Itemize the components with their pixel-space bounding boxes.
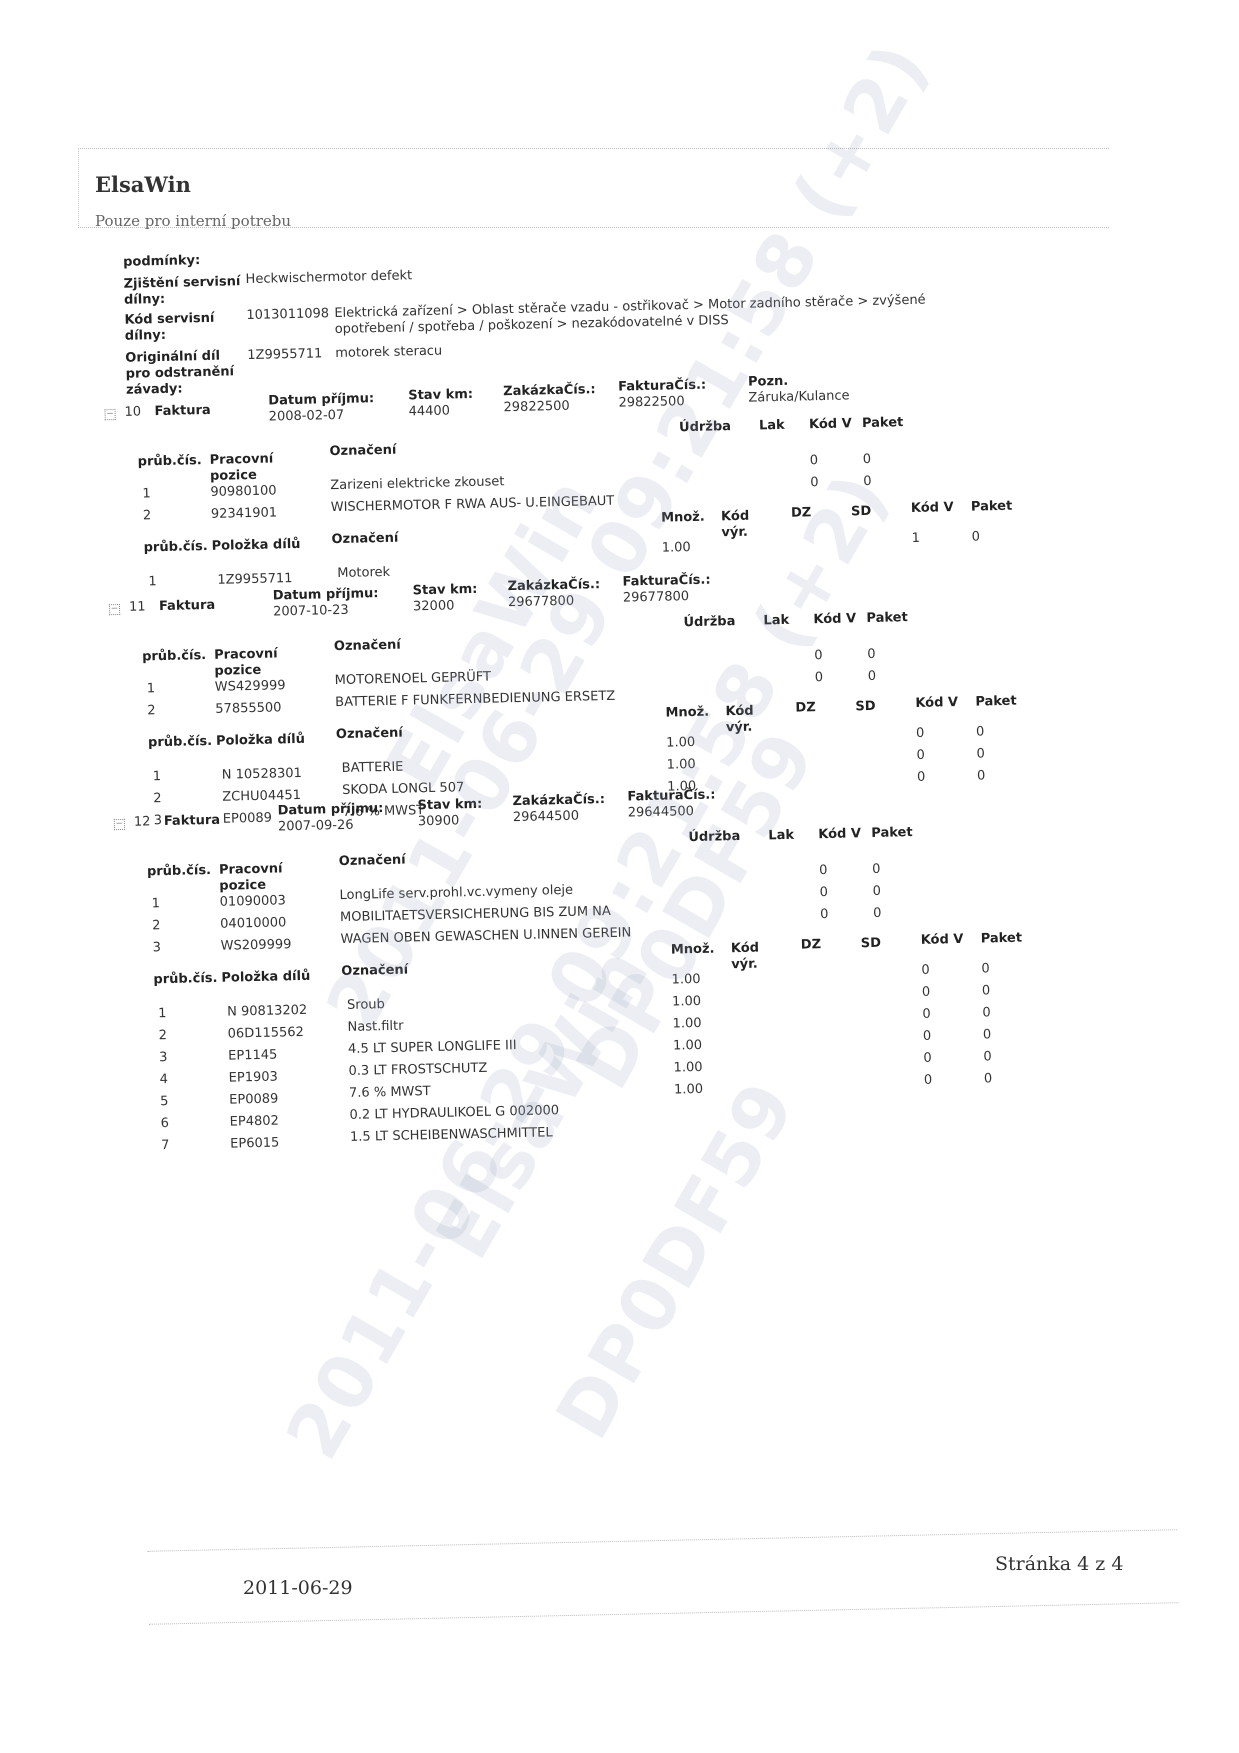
part-item-header: Položka dílů xyxy=(221,969,310,987)
conditions-label: podmínky: xyxy=(123,253,200,271)
part-number: 1Z9955711 xyxy=(247,346,322,364)
part-seq: 1 xyxy=(148,574,157,590)
date-label: Datum příjmu: xyxy=(273,586,379,604)
sd-header: SD xyxy=(855,699,876,715)
dz-header: DZ xyxy=(791,505,812,521)
part-item-header: Položka dílů xyxy=(211,537,300,555)
part-seq: 3 xyxy=(154,813,163,829)
code-v-header: Kód V xyxy=(809,416,852,433)
part-code-v: 0 xyxy=(922,985,931,1001)
part-item: N 90813202 xyxy=(227,1003,307,1021)
code-v-header: Kód V xyxy=(813,611,856,628)
invoice-label: Faktura xyxy=(159,598,216,615)
work-seq: 2 xyxy=(143,508,152,524)
parts-package-header: Paket xyxy=(971,499,1013,516)
part-desc: 0.3 LT FROSTSCHUTZ xyxy=(348,1061,487,1080)
part-qty: 1.00 xyxy=(673,1038,702,1055)
part-desc: Nast.filtr xyxy=(347,1019,403,1036)
part-package: 0 xyxy=(983,1027,992,1043)
designation-header: Označení xyxy=(341,963,408,981)
package-header: Paket xyxy=(862,415,904,432)
designation-header: Označení xyxy=(331,531,398,549)
part-item: 1Z9955711 xyxy=(217,571,292,589)
work-pos: 92341901 xyxy=(211,505,278,522)
invoice-no: 29822500 xyxy=(618,394,685,411)
invoice-date: 2007-09-26 xyxy=(278,818,354,836)
dz-header: DZ xyxy=(801,937,822,953)
part-code-v: 1 xyxy=(911,531,920,547)
part-item: EP1145 xyxy=(228,1048,277,1065)
designation-header: Označení xyxy=(329,443,396,461)
part-package: 0 xyxy=(981,961,990,977)
part-seq: 1 xyxy=(158,1006,167,1022)
designation-header: Označení xyxy=(336,726,403,744)
work-package: 0 xyxy=(868,669,877,685)
km-label: Stav km: xyxy=(417,797,482,814)
maintenance-header: Údržba xyxy=(683,614,735,631)
work-code-v: 0 xyxy=(810,453,819,469)
part-package: 0 xyxy=(976,746,985,762)
order-no-label: ZakázkaČís.: xyxy=(507,577,600,595)
work-code-v: 0 xyxy=(819,863,828,879)
part-qty: 1.00 xyxy=(672,1016,701,1033)
invoice-km: 30900 xyxy=(418,813,460,830)
invoice-no-label: FakturaČís.: xyxy=(627,788,715,806)
part-seq: 2 xyxy=(153,791,162,807)
note-label: Pozn. xyxy=(748,374,789,391)
date-label: Datum příjmu: xyxy=(268,391,374,409)
code-label: Kód servisní dílny: xyxy=(124,310,235,344)
work-pos-header: Pracovní pozice xyxy=(219,861,310,895)
sd-header: SD xyxy=(861,936,882,952)
paint-header: Lak xyxy=(768,828,794,845)
part-label: Originální díl pro odstranění závady: xyxy=(125,348,246,399)
part-desc: BATTERIE xyxy=(342,760,404,777)
order-no: 29677800 xyxy=(508,594,575,611)
seq-header: průb.čís. xyxy=(138,453,202,470)
part-seq: 7 xyxy=(161,1138,170,1154)
work-desc: LongLife serv.prohl.vc.vymeny oleje xyxy=(339,883,573,904)
invoice-index: 10 xyxy=(124,404,141,420)
work-package: 0 xyxy=(867,647,876,663)
part-code-v: 0 xyxy=(923,1051,932,1067)
qty-header: Množ. xyxy=(661,510,705,527)
maintenance-header: Údržba xyxy=(679,419,731,436)
part-desc: 7.6 % MWST xyxy=(349,1084,431,1102)
work-pos: WS209999 xyxy=(221,937,292,955)
invoice-index: 12 xyxy=(134,814,151,830)
part-package: 0 xyxy=(982,1005,991,1021)
paint-header: Lak xyxy=(763,613,789,630)
seq-header: průb.čís. xyxy=(148,734,212,751)
part-qty: 1.00 xyxy=(662,540,691,557)
order-no: 29644500 xyxy=(513,809,580,826)
km-label: Stav km: xyxy=(413,582,478,599)
parts-package-header: Paket xyxy=(981,931,1023,948)
designation-header: Označení xyxy=(334,638,401,656)
part-code-v: 0 xyxy=(921,963,930,979)
part-item: EP4802 xyxy=(230,1114,279,1131)
work-seq: 2 xyxy=(152,918,161,934)
work-pos: 01090003 xyxy=(220,893,287,910)
work-seq: 3 xyxy=(153,940,162,956)
work-package: 0 xyxy=(863,452,872,468)
work-seq: 1 xyxy=(142,486,151,502)
invoice-date: 2008-02-07 xyxy=(269,408,345,426)
part-qty: 1.00 xyxy=(672,994,701,1011)
part-qty: 1.00 xyxy=(671,972,700,989)
mfr-code-header: Kód výr. xyxy=(731,940,772,973)
part-desc: Sroub xyxy=(347,997,385,1014)
work-pos: WS429999 xyxy=(215,678,286,696)
order-no-label: ZakázkaČís.: xyxy=(512,792,605,810)
qty-header: Množ. xyxy=(671,942,715,959)
footer-date: 2011-06-29 xyxy=(243,1577,353,1599)
part-seq: 1 xyxy=(153,769,162,785)
invoice-no-label: FakturaČís.: xyxy=(622,573,710,591)
part-package: 0 xyxy=(982,983,991,999)
work-desc: MOBILITAETSVERSICHERUNG BIS ZUM NA xyxy=(340,904,611,926)
seq-header: průb.čís. xyxy=(147,863,211,880)
work-package: 0 xyxy=(872,862,881,878)
part-qty: 1.00 xyxy=(667,757,696,774)
work-seq: 2 xyxy=(147,703,156,719)
package-header: Paket xyxy=(871,825,913,842)
invoice-label: Faktura xyxy=(154,403,211,420)
work-code-v: 0 xyxy=(820,907,829,923)
invoice-date: 2007-10-23 xyxy=(273,603,349,621)
work-package: 0 xyxy=(873,906,882,922)
order-no: 29822500 xyxy=(503,399,570,416)
seq-header: průb.čís. xyxy=(142,648,206,665)
collapse-toggle-icon[interactable]: − xyxy=(109,604,120,615)
work-seq: 1 xyxy=(152,896,161,912)
app-title: ElsaWin xyxy=(95,172,191,197)
work-code-v: 0 xyxy=(819,885,828,901)
invoice-label: Faktura xyxy=(164,813,221,830)
part-item: EP6015 xyxy=(230,1136,279,1153)
parts-code-v-header: Kód V xyxy=(915,695,958,712)
mfr-code-header: Kód výr. xyxy=(725,703,766,736)
seq-header: průb.čís. xyxy=(143,539,207,556)
work-code-v: 0 xyxy=(815,670,824,686)
invoice-index: 11 xyxy=(129,599,146,615)
part-item: N 10528301 xyxy=(222,766,302,784)
part-package: 0 xyxy=(984,1071,993,1087)
part-desc: Motorek xyxy=(337,565,390,582)
order-no-label: ZakázkaČís.: xyxy=(503,382,596,400)
invoice-km: 32000 xyxy=(413,598,455,615)
part-code-v: 0 xyxy=(916,726,925,742)
part-package: 0 xyxy=(971,529,980,545)
part-item: 06D115562 xyxy=(228,1025,305,1043)
invoice-no: 29644500 xyxy=(628,804,695,821)
invoice-no-label: FakturaČís.: xyxy=(618,378,706,396)
part-code-v: 0 xyxy=(917,770,926,786)
part-package: 0 xyxy=(977,768,986,784)
invoice-list: −10FakturaDatum příjmu:2008-02-07Stav km… xyxy=(115,232,1115,255)
part-seq: 4 xyxy=(160,1072,169,1088)
work-package: 0 xyxy=(872,884,881,900)
work-desc: MOTORENOEL GEPRÜFT xyxy=(335,670,492,690)
part-item: EP0089 xyxy=(229,1092,278,1109)
paint-header: Lak xyxy=(759,418,785,435)
parts-code-v-header: Kód V xyxy=(921,932,964,949)
km-label: Stav km: xyxy=(408,387,473,404)
work-desc: BATTERIE F FUNKFERNBEDIENUNG ERSETZ xyxy=(335,689,615,711)
code-v-header: Kód V xyxy=(818,826,861,843)
invoice-no: 29677800 xyxy=(623,589,690,606)
part-item: EP1903 xyxy=(229,1070,278,1087)
part-item: EP0089 xyxy=(223,811,272,828)
qty-header: Množ. xyxy=(665,705,709,722)
collapse-toggle-icon[interactable]: − xyxy=(104,409,115,420)
work-code-v: 0 xyxy=(814,648,823,664)
parts-package-header: Paket xyxy=(975,694,1017,711)
part-qty: 1.00 xyxy=(673,1060,702,1077)
work-pos: 04010000 xyxy=(220,915,287,932)
finding-label: Zjištění servisní dílny: xyxy=(123,274,244,309)
work-code-v: 0 xyxy=(810,475,819,491)
dz-header: DZ xyxy=(795,700,816,716)
mfr-code-header: Kód výr. xyxy=(721,508,762,541)
work-seq: 1 xyxy=(147,681,156,697)
subtitle: Pouze pro interní potrebu xyxy=(95,212,291,230)
maintenance-header: Údržba xyxy=(688,829,740,846)
work-desc: Zarizeni elektricke zkouset xyxy=(330,474,504,494)
parts-code-v-header: Kód V xyxy=(911,500,954,517)
work-pos-header: Pracovní pozice xyxy=(214,646,305,680)
part-code-v: 0 xyxy=(916,748,925,764)
part-code-v: 0 xyxy=(924,1073,933,1089)
part-qty: 1.00 xyxy=(674,1082,703,1099)
part-qty: 1.00 xyxy=(666,735,695,752)
part-item-header: Položka dílů xyxy=(216,732,305,750)
part-desc: 4.5 LT SUPER LONGLIFE III xyxy=(348,1038,517,1058)
work-desc: WAGEN OBEN GEWASCHEN U.INNEN GEREIN xyxy=(340,925,631,948)
invoice-km: 44400 xyxy=(408,403,450,420)
code-number: 1013011098 xyxy=(246,306,329,324)
sd-header: SD xyxy=(851,504,872,520)
date-label: Datum příjmu: xyxy=(277,801,383,819)
part-package: 0 xyxy=(983,1049,992,1065)
part-package: 0 xyxy=(976,724,985,740)
work-pos: 57855500 xyxy=(215,700,282,717)
part-seq: 3 xyxy=(159,1050,168,1066)
part-desc: 0.2 LT HYDRAULIKOEL G 002000 xyxy=(349,1103,559,1124)
seq-header: průb.čís. xyxy=(153,971,217,988)
work-pos-header: Pracovní pozice xyxy=(210,451,301,485)
part-seq: 6 xyxy=(161,1116,170,1132)
collapse-toggle-icon[interactable]: − xyxy=(114,819,125,830)
part-seq: 2 xyxy=(159,1028,168,1044)
work-pos: 90980100 xyxy=(210,483,277,500)
part-desc: SKODA LONGL 507 xyxy=(342,780,464,799)
document-body: podmínky: Zjištění servisní dílny: Heckw… xyxy=(115,232,1138,1284)
part-name: motorek steracu xyxy=(335,344,442,362)
part-desc: 1.5 LT SCHEIBENWASCHMITTEL xyxy=(350,1125,553,1146)
part-code-v: 0 xyxy=(922,1007,931,1023)
invoice-note: Záruka/Kulance xyxy=(748,388,850,406)
page-number: Stránka 4 z 4 xyxy=(995,1553,1123,1575)
work-package: 0 xyxy=(863,474,872,490)
designation-header: Označení xyxy=(339,853,406,871)
package-header: Paket xyxy=(866,610,908,627)
work-desc: WISCHERMOTOR F RWA AUS- U.EINGEBAUT xyxy=(331,494,615,516)
finding-value: Heckwischermotor defekt xyxy=(245,268,412,288)
part-seq: 5 xyxy=(160,1094,169,1110)
part-code-v: 0 xyxy=(923,1029,932,1045)
